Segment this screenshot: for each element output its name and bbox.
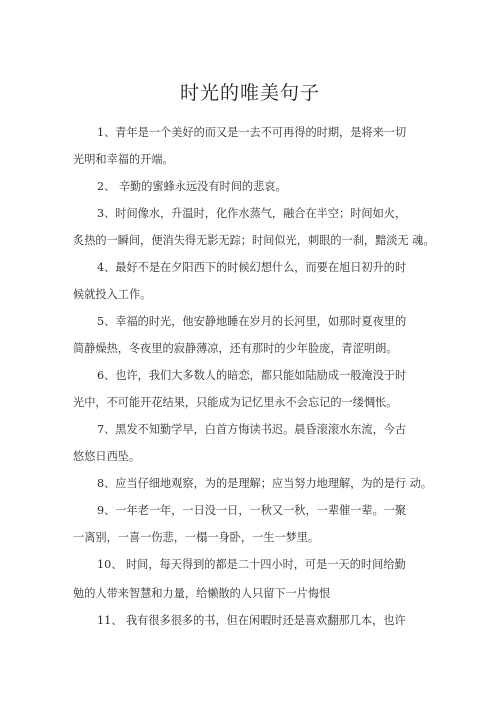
text-line-8: 5、幸福的时光，他安静地睡在岁月的长河里，如那时夏夜里的 bbox=[97, 313, 406, 329]
document-title: 时光的唯美句子 bbox=[0, 78, 500, 105]
text-line-11: 光中，不可能开花结果，只能成为记忆里永不会忘记的一缕惆怅。 bbox=[73, 394, 397, 410]
text-line-13: 悠悠日西坠。 bbox=[73, 448, 140, 464]
text-line-18: 勉的人带来智慧和力量，给懒散的人只留下一片悔恨 bbox=[73, 585, 330, 601]
text-line-1: 1、青年是一个美好的而又是一去不可再得的时期，是将来一切 bbox=[97, 124, 406, 140]
text-line-17: 10、 时间，每天得到的都是二十四小时，可是一天的时间给勤 bbox=[97, 556, 406, 572]
text-line-19: 11、 我有很多很多的书，但在闲暇时还是喜欢翻那几本，也许 bbox=[97, 612, 406, 628]
text-line-5: 炙热的一瞬间，便消失得无影无踪；时间似光，刺眼的一刹，黯淡无 魂。 bbox=[73, 232, 435, 248]
text-line-12: 7、黑发不知勤学早，白首方悔读书迟。晨昏滚滚水东流，今古 bbox=[97, 421, 406, 437]
text-line-3: 2、 辛勤的蜜蜂永远没有时间的悲哀。 bbox=[97, 178, 287, 194]
text-line-9: 简静燥热，冬夜里的寂静薄凉，还有那时的少年脸庞，青涩明朗。 bbox=[73, 340, 397, 356]
text-line-7: 候就投入工作。 bbox=[73, 286, 151, 302]
text-line-4: 3、时间像水，升温时，化作水蒸气，融合在半空；时间如火， bbox=[97, 205, 406, 221]
text-line-14: 8、应当仔细地观察，为的是理解；应当努力地理解，为的是行 动。 bbox=[97, 475, 432, 491]
text-line-10: 6、也许，我们大多数人的暗恋，都只能如陆励成一般淹没于时 bbox=[97, 367, 406, 383]
text-line-15: 9、一年老一年，一日没一日，一秋又一秋，一辈催一辈。一聚 bbox=[97, 502, 406, 518]
text-line-6: 4、最好不是在夕阳西下的时候幻想什么，而要在旭日初升的时 bbox=[97, 259, 406, 275]
text-line-16: 一离别，一喜一伤悲，一榻一身卧，一生一梦里。 bbox=[73, 529, 319, 545]
text-line-2: 光明和幸福的开端。 bbox=[73, 151, 174, 167]
